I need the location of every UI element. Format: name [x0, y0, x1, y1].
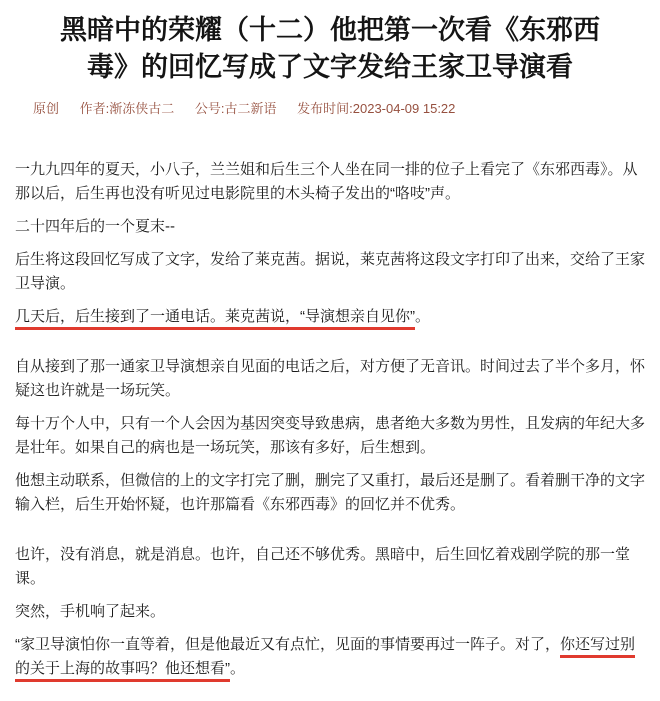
text-run: 也许，没有消息，就是消息。也许，自己还不够优秀。黑暗中，后生回忆着戏剧学院的那一…: [15, 546, 630, 587]
text-run: 每十万个人中，只有一个人会因为基因突变导致患病，患者绝大多数为男性，且发病的年纪…: [15, 415, 645, 456]
text-run: 一九九四年的夏天，小八子，兰兰姐和后生三个人坐在同一排的位子上看完了《东邪西毒》…: [15, 161, 638, 202]
article-meta: 原创 作者:渐冻侠古二 公号:古二新语 发布时间:2023-04-09 15:2…: [33, 100, 645, 118]
text-run: 后生将这段回忆写成了文字，发给了莱克茜。据说，莱克茜将这段文字打印了出来，交给了…: [15, 251, 645, 292]
article-paragraph: 后生将这段回忆写成了文字，发给了莱克茜。据说，莱克茜将这段文字打印了出来，交给了…: [15, 248, 645, 296]
article-paragraph: “家卫导演怕你一直等着，但是他最近又有点忙，见面的事情要再过一阵子。对了，你还写…: [15, 633, 645, 681]
article-paragraph: 自从接到了那一通家卫导演想亲自见面的电话之后，对方便了无音讯。时间过去了半个多月…: [15, 355, 645, 403]
text-run: 他想主动联系，但微信的上的文字打完了删，删完了又重打，最后还是删了。看着删干净的…: [15, 472, 645, 513]
text-run: 。: [415, 308, 430, 325]
article-paragraph: 一九九四年的夏天，小八子，兰兰姐和后生三个人坐在同一排的位子上看完了《东邪西毒》…: [15, 158, 645, 206]
text-run: 。: [230, 660, 245, 677]
article-paragraph: 也许，没有消息，就是消息。也许，自己还不够优秀。黑暗中，后生回忆着戏剧学院的那一…: [15, 543, 645, 591]
underlined-text: 几天后，后生接到了一通电话。莱克茜说，“导演想亲自见你”: [15, 308, 415, 330]
article-paragraph: 每十万个人中，只有一个人会因为基因突变导致患病，患者绝大多数为男性，且发病的年纪…: [15, 412, 645, 460]
article-paragraph: 几天后，后生接到了一通电话。莱克茜说，“导演想亲自见你”。: [15, 305, 645, 329]
meta-author: 作者:渐冻侠古二: [80, 101, 175, 116]
article-paragraph: 他想主动联系，但微信的上的文字打完了删，删完了又重打，最后还是删了。看着删干净的…: [15, 469, 645, 517]
article-page: 黑暗中的荣耀（十二）他把第一次看《东邪西毒》的回忆写成了文字发给王家卫导演看 原…: [0, 0, 660, 701]
meta-account: 公号:古二新语: [195, 101, 277, 116]
article-title: 黑暗中的荣耀（十二）他把第一次看《东邪西毒》的回忆写成了文字发给王家卫导演看: [53, 12, 607, 86]
text-run: 二十四年后的一个夏末--: [15, 218, 175, 235]
article-body: 一九九四年的夏天，小八子，兰兰姐和后生三个人坐在同一排的位子上看完了《东邪西毒》…: [15, 158, 645, 681]
article-paragraph: 二十四年后的一个夏末--: [15, 215, 645, 239]
article-paragraph: 突然，手机响了起来。: [15, 600, 645, 624]
meta-publish-time: 发布时间:2023-04-09 15:22: [297, 101, 455, 116]
text-run: “家卫导演怕你一直等着，但是他最近又有点忙，见面的事情要再过一阵子。对了，: [15, 636, 560, 653]
text-run: 自从接到了那一通家卫导演想亲自见面的电话之后，对方便了无音讯。时间过去了半个多月…: [15, 358, 645, 399]
text-run: 突然，手机响了起来。: [15, 603, 165, 620]
origin-badge: 原创: [33, 101, 59, 116]
